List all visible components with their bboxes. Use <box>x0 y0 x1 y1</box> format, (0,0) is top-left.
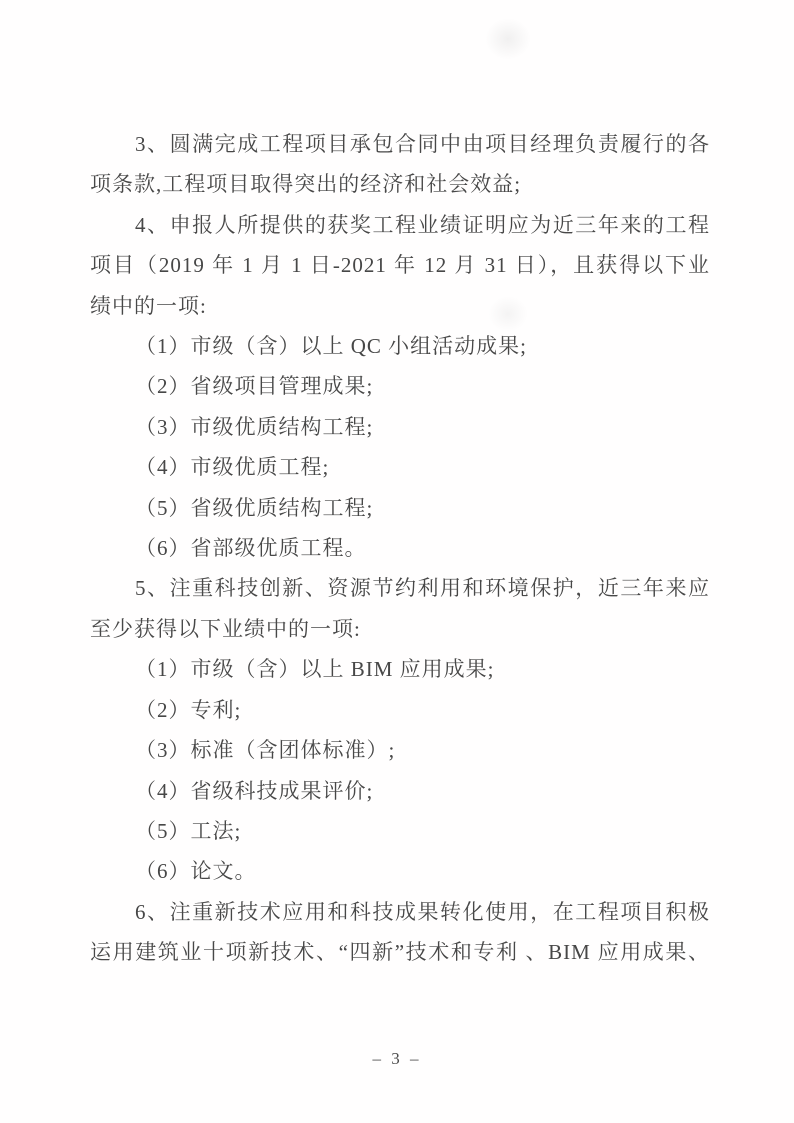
text-line: 3、圆满完成工程项目承包合同中由项目经理负责履行的各 <box>90 124 710 164</box>
list-item: （5）工法; <box>90 811 710 851</box>
list-item: （2）专利; <box>90 690 710 730</box>
list-item: （3）市级优质结构工程; <box>90 407 710 447</box>
list-item: （5）省级优质结构工程; <box>90 488 710 528</box>
list-item: （3）标准（含团体标准）; <box>90 730 710 770</box>
list-item: （6）省部级优质工程。 <box>90 528 710 568</box>
list-item: （4）市级优质工程; <box>90 447 710 487</box>
page-number: – 3 – <box>0 1049 794 1069</box>
text-line: 运用建筑业十项新技术、“四新”技术和专利 、BIM 应用成果、 <box>90 932 710 972</box>
list-item: （4）省级科技成果评价; <box>90 771 710 811</box>
list-item: （2）省级项目管理成果; <box>90 366 710 406</box>
text-line: 项目（2019 年 1 月 1 日-2021 年 12 月 31 日），且获得以… <box>90 245 710 285</box>
text-line: 至少获得以下业绩中的一项: <box>90 609 710 649</box>
document-page: 3、圆满完成工程项目承包合同中由项目经理负责履行的各 项条款,工程项目取得突出的… <box>0 0 794 1123</box>
text-line: 4、申报人所提供的获奖工程业绩证明应为近三年来的工程 <box>90 205 710 245</box>
text-line: 6、注重新技术应用和科技成果转化使用，在工程项目积极 <box>90 892 710 932</box>
list-item: （6）论文。 <box>90 851 710 891</box>
text-line: 绩中的一项: <box>90 286 710 326</box>
document-body: 3、圆满完成工程项目承包合同中由项目经理负责履行的各 项条款,工程项目取得突出的… <box>90 124 710 973</box>
list-item: （1）市级（含）以上 QC 小组活动成果; <box>90 326 710 366</box>
list-item: （1）市级（含）以上 BIM 应用成果; <box>90 649 710 689</box>
text-line: 5、注重科技创新、资源节约利用和环境保护，近三年来应 <box>90 568 710 608</box>
text-line: 项条款,工程项目取得突出的经济和社会效益; <box>90 164 710 204</box>
